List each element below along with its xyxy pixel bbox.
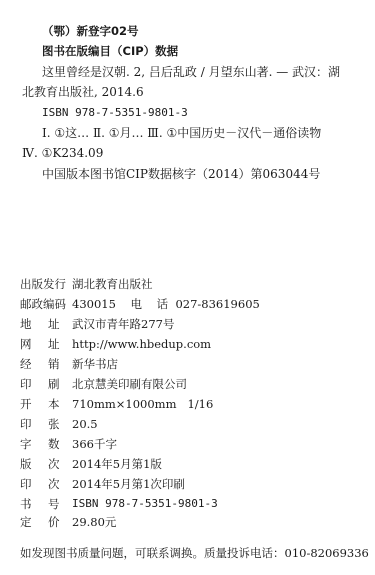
info-value: 430015 电 话 027-83619605 [72,296,260,312]
info-label-a: 经 [20,356,32,372]
info-label-b: 数 [48,436,60,452]
cip-classification-line-1: Ⅰ. ①这… Ⅱ. ①月… Ⅲ. ①中国历史－汉代－通俗读物 [42,126,321,140]
info-value: 29.80元 [72,514,116,530]
info-label-a: 书 [20,496,32,512]
info-label-a: 字 [20,436,32,452]
info-value: 北京慧美印刷有限公司 [72,376,187,392]
info-label-a: 地 [20,316,32,332]
info-label-b: 刷 [48,376,60,392]
publishing-permit: （鄂）新登字02号 [42,24,139,38]
info-label-a: 开 [20,396,32,412]
website-link: http://www.hbedup.com [72,336,211,352]
cip-title-line-2: 北教育出版社, 2014.6 [22,85,144,99]
info-label-a: 印 [20,416,32,432]
cip-isbn: ISBN 978-7-5351-9801-3 [42,106,188,120]
cip-title-line-1: 这里曾经是汉朝. 2, 吕后乱政 / 月望东山著. — 武汉：湖 [42,65,340,79]
info-value: 710mm×1000mm 1/16 [72,396,213,412]
cip-classification-line-2: Ⅳ. ①K234.09 [22,146,103,160]
info-label-b: 址 [48,336,60,352]
info-label-b: 本 [48,396,60,412]
info-label-b: 号 [48,496,60,512]
info-label-a: 定 [20,514,32,530]
info-label-b: 次 [48,476,60,492]
info-label-a: 网 [20,336,32,352]
info-label: 出版发行 [20,276,66,292]
info-label-a: 印 [20,376,32,392]
info-value: ISBN 978-7-5351-9801-3 [72,496,218,512]
info-label-a: 版 [20,456,32,472]
info-value: 新华书店 [72,356,118,372]
info-value: 20.5 [72,416,98,432]
info-value: 2014年5月第1次印刷 [72,476,185,492]
quality-complaint-notice: 如发现图书质量问题，可联系调换。质量投诉电话：010-82069336 [20,546,369,560]
info-value: 湖北教育出版社 [72,276,153,292]
info-label-b: 址 [48,316,60,332]
info-label-b: 销 [48,356,60,372]
info-value: 2014年5月第1版 [72,456,162,472]
info-value: 武汉市青年路277号 [72,316,174,332]
info-label: 邮政编码 [20,296,66,312]
info-label-b: 张 [48,416,60,432]
cip-record-number: 中国版本图书馆CIP数据核字（2014）第063044号 [42,167,320,181]
info-value: 366千字 [72,436,117,452]
cip-heading: 图书在版编目（CIP）数据 [42,44,178,58]
info-label-b: 价 [48,514,60,530]
info-label-a: 印 [20,476,32,492]
info-label-b: 次 [48,456,60,472]
